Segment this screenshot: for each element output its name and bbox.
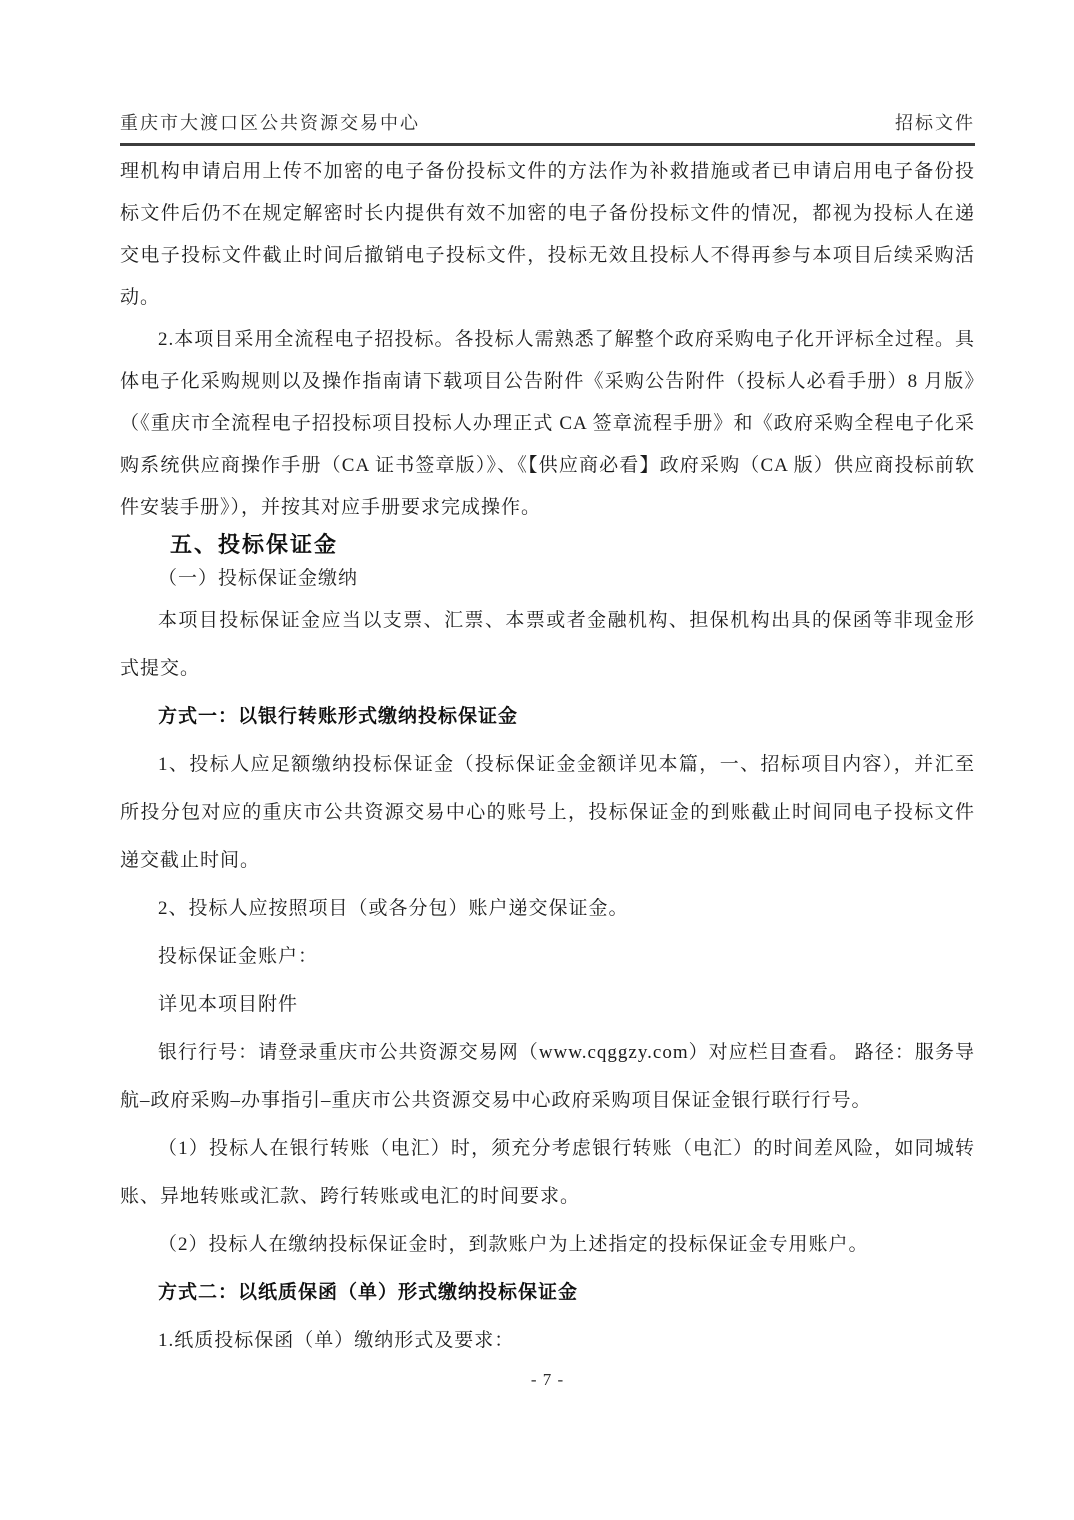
method2-heading-paper-guarantee: 方式二：以纸质保函（单）形式缴纳投标保证金	[120, 1269, 975, 1317]
paragraph-backup-file-continuation: 理机构申请启用上传不加密的电子备份投标文件的方法作为补救措施或者已申请启用电子备…	[120, 151, 975, 319]
bond-account-label: 投标保证金账户：	[120, 933, 975, 981]
document-body: 理机构申请启用上传不加密的电子备份投标文件的方法作为补救措施或者已申请启用电子备…	[120, 146, 975, 1395]
bond-account-value: 详见本项目附件	[120, 981, 975, 1029]
document-page: 重庆市大渡口区公共资源交易中心 招标文件 理机构申请启用上传不加密的电子备份投标…	[0, 0, 1074, 1520]
method1-heading-bank-transfer: 方式一：以银行转账形式缴纳投标保证金	[120, 693, 975, 741]
designated-account-note: （2）投标人在缴纳投标保证金时，到款账户为上述指定的投标保证金专用账户。	[120, 1221, 975, 1269]
transfer-risk-note: （1）投标人在银行转账（电汇）时，须充分考虑银行转账（电汇）的时间差风险，如同城…	[120, 1125, 975, 1221]
page-footer: - 7 -	[120, 1365, 975, 1395]
method1-item2-per-package-account: 2、投标人应按照项目（或各分包）账户递交保证金。	[120, 885, 975, 933]
bank-number-note: 银行行号：请登录重庆市公共资源交易网（www.cqggzy.com）对应栏目查看…	[120, 1029, 975, 1125]
page-number: - 7 -	[531, 1370, 564, 1389]
paragraph-e-bidding-process: 2.本项目采用全流程电子招投标。各投标人需熟悉了解整个政府采购电子化开评标全过程…	[120, 319, 975, 529]
page-header: 重庆市大渡口区公共资源交易中心 招标文件	[120, 0, 975, 146]
method1-item1-full-amount: 1、投标人应足额缴纳投标保证金（投标保证金金额详见本篇，一、招标项目内容），并汇…	[120, 741, 975, 885]
header-org-name: 重庆市大渡口区公共资源交易中心	[120, 112, 420, 134]
section-heading-bid-bond: 五、投标保证金	[170, 529, 975, 561]
method2-item1-paper-guarantee-requirements: 1.纸质投标保函（单）缴纳形式及要求：	[120, 1317, 975, 1365]
paragraph-noncash-requirement: 本项目投标保证金应当以支票、汇票、本票或者金融机构、担保机构出具的保函等非现金形…	[120, 597, 975, 693]
header-doc-type: 招标文件	[895, 112, 975, 134]
subsection-heading-bond-payment: （一）投标保证金缴纳	[120, 561, 975, 597]
